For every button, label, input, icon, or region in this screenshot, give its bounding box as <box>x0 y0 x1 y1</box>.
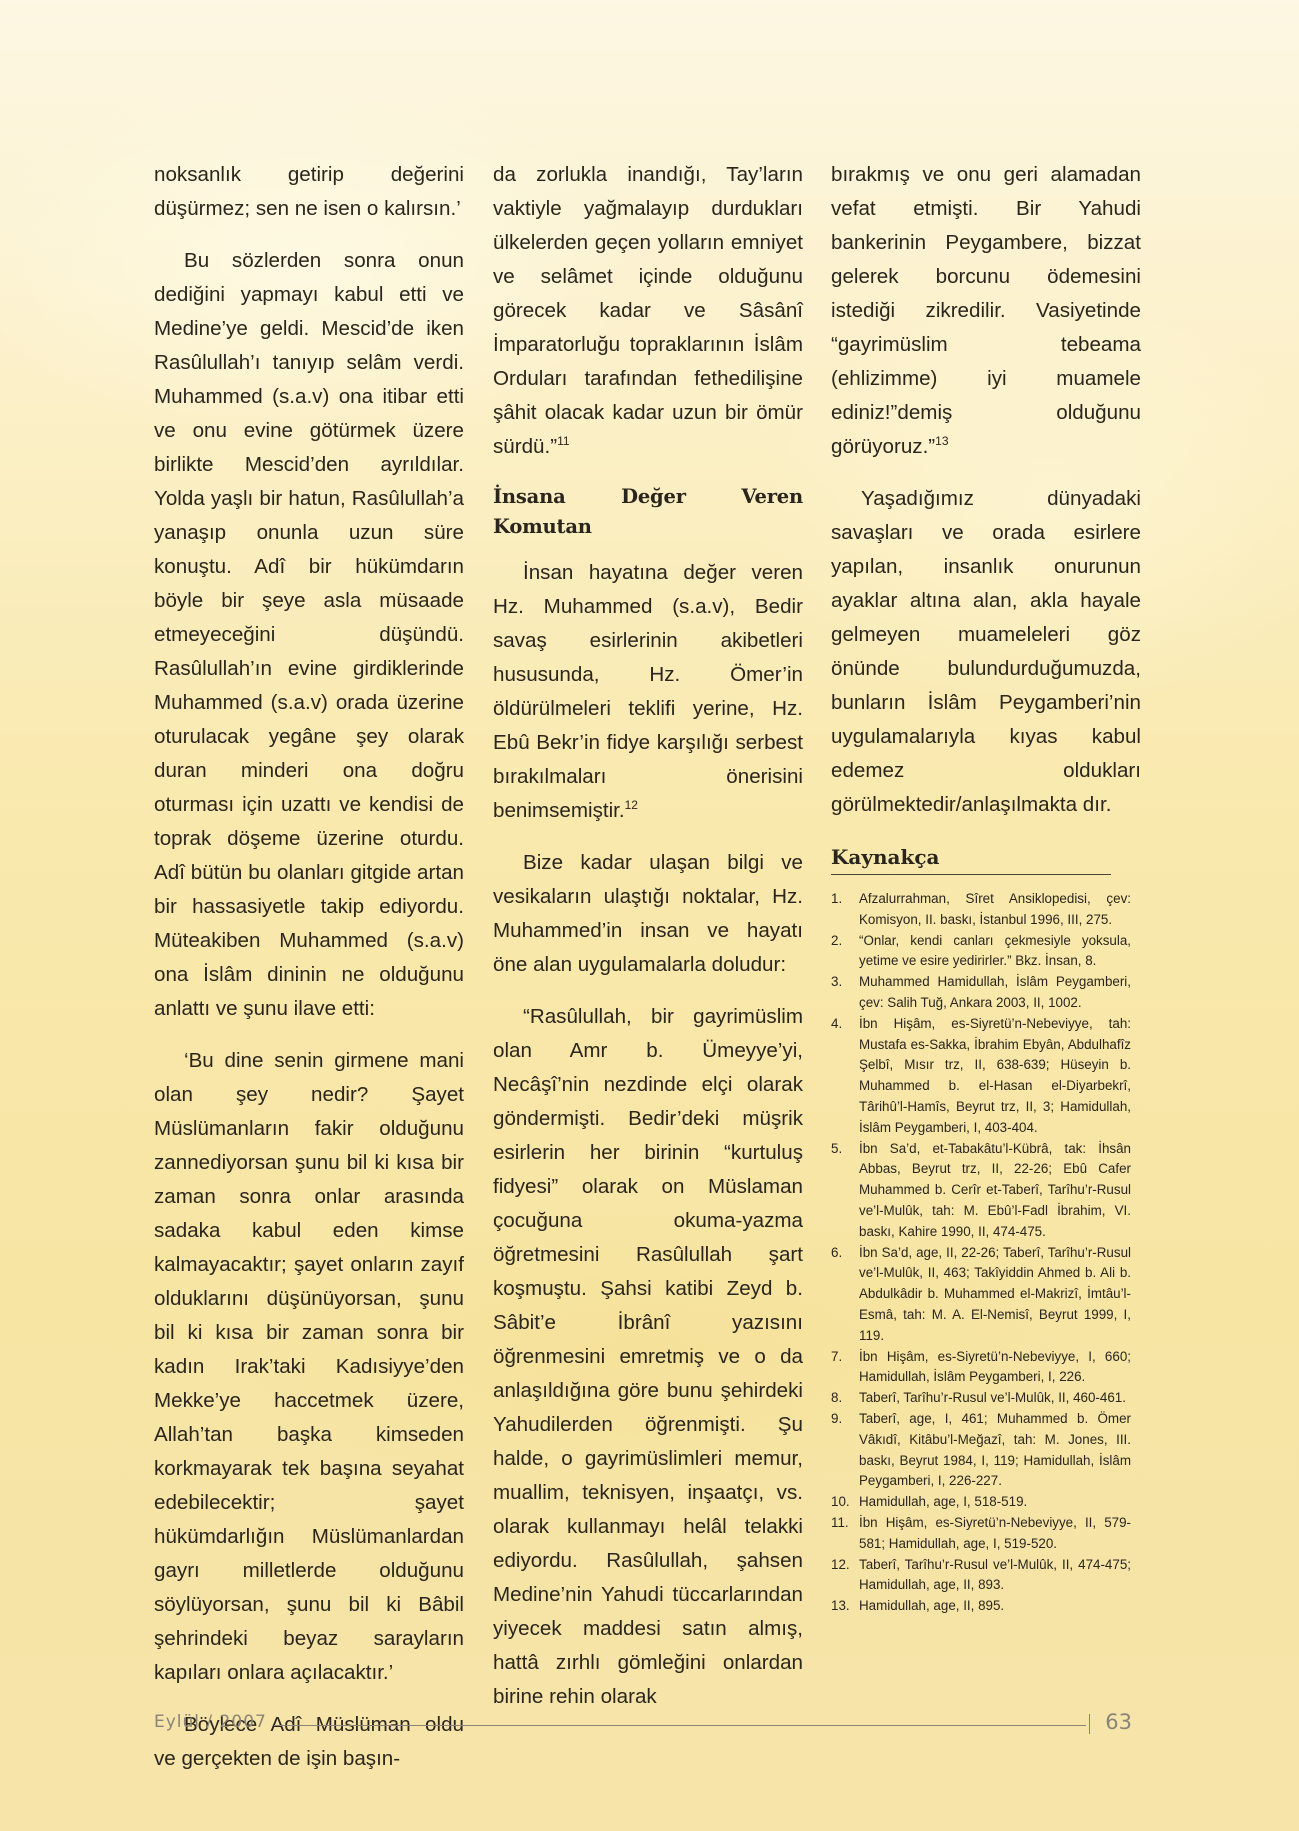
reference-item: 4.İbn Hişâm, es-Siyretü’n-Nebeviyye, tah… <box>831 1014 1131 1139</box>
reference-number: 13. <box>831 1596 859 1617</box>
paragraph-text: bırakmış ve onu geri alamadan vefat etmi… <box>831 163 1141 458</box>
reference-text: Taberî, Tarîhu’r-Rusul ve’l-Mulûk, II, 4… <box>859 1555 1131 1597</box>
paragraph: Bize kadar ulaşan bilgi ve vesikaların u… <box>493 846 803 982</box>
reference-number: 9. <box>831 1409 859 1492</box>
reference-text: Afzalurrahman, Sîret Ansiklopedisi, çev:… <box>859 889 1131 931</box>
quote-paragraph: “Rasûlullah, bir gayrimüslim olan Amr b.… <box>493 1000 803 1714</box>
paragraph: İnsan hayatına değer veren Hz. Muhammed … <box>493 556 803 828</box>
page-footer: Eylül / 2007 63 <box>154 1712 1154 1736</box>
text-column-1: noksanlık getirip değerini düşürmez; sen… <box>154 158 464 1794</box>
reference-text: Muhammed Hamidullah, İslâm Peygamberi, ç… <box>859 972 1131 1014</box>
reference-number: 4. <box>831 1014 859 1139</box>
footnote-ref: 12 <box>625 798 638 812</box>
reference-item: 9.Taberî, age, I, 461; Muhammed b. Ömer … <box>831 1409 1131 1492</box>
reference-number: 6. <box>831 1243 859 1347</box>
reference-text: Hamidullah, age, II, 895. <box>859 1596 1131 1617</box>
footnote-ref: 13 <box>935 434 948 448</box>
reference-item: 3.Muhammed Hamidullah, İslâm Peygamberi,… <box>831 972 1131 1014</box>
reference-number: 7. <box>831 1347 859 1389</box>
page-number: 63 <box>1105 1710 1132 1734</box>
reference-text: İbn Sa’d, age, II, 22-26; Taberî, Tarîhu… <box>859 1243 1131 1347</box>
quote-paragraph: ‘Bu dine senin girmene mani olan şey ned… <box>154 1044 464 1690</box>
reference-number: 1. <box>831 889 859 931</box>
paragraph: bırakmış ve onu geri alamadan vefat etmi… <box>831 158 1141 464</box>
reference-item: 12.Taberî, Tarîhu’r-Rusul ve’l-Mulûk, II… <box>831 1555 1131 1597</box>
reference-text: Taberî, Tarîhu’r-Rusul ve’l-Mulûk, II, 4… <box>859 1388 1131 1409</box>
paragraph-text: da zorlukla inandığı, Tay’ların vaktiyle… <box>493 163 803 458</box>
reference-text: İbn Sa’d, et-Tabakâtu’l-Kübrâ, tak: İhsâ… <box>859 1139 1131 1243</box>
reference-item: 6.İbn Sa’d, age, II, 22-26; Taberî, Tarî… <box>831 1243 1131 1347</box>
reference-item: 11.İbn Hişâm, es-Siyretü’n-Nebeviyye, II… <box>831 1513 1131 1555</box>
footnote-ref: 11 <box>557 434 569 448</box>
references-list: 1.Afzalurrahman, Sîret Ansiklopedisi, çe… <box>831 889 1131 1617</box>
reference-item: 13.Hamidullah, age, II, 895. <box>831 1596 1131 1617</box>
reference-text: İbn Hişâm, es-Siyretü’n-Nebeviyye, tah: … <box>859 1014 1131 1139</box>
reference-item: 1.Afzalurrahman, Sîret Ansiklopedisi, çe… <box>831 889 1131 931</box>
reference-text: İbn Hişâm, es-Siyretü’n-Nebeviyye, I, 66… <box>859 1347 1131 1389</box>
reference-item: 5.İbn Sa’d, et-Tabakâtu’l-Kübrâ, tak: İh… <box>831 1139 1131 1243</box>
reference-number: 11. <box>831 1513 859 1555</box>
reference-item: 7.İbn Hişâm, es-Siyretü’n-Nebeviyye, I, … <box>831 1347 1131 1389</box>
text-column-3: bırakmış ve onu geri alamadan vefat etmi… <box>831 158 1141 1617</box>
paragraph: noksanlık getirip değerini düşürmez; sen… <box>154 158 464 226</box>
reference-number: 10. <box>831 1492 859 1513</box>
reference-number: 8. <box>831 1388 859 1409</box>
reference-text: İbn Hişâm, es-Siyretü’n-Nebeviyye, II, 5… <box>859 1513 1131 1555</box>
reference-number: 3. <box>831 972 859 1014</box>
reference-item: 2.“Onlar, kendi canları çekmesiyle yoksu… <box>831 931 1131 973</box>
footer-divider <box>274 1725 1086 1726</box>
reference-text: Hamidullah, age, I, 518-519. <box>859 1492 1131 1513</box>
section-heading: İnsana Değer Veren Komutan <box>493 482 803 542</box>
text-column-2: da zorlukla inandığı, Tay’ların vaktiyle… <box>493 158 803 1732</box>
reference-number: 12. <box>831 1555 859 1597</box>
references-heading: Kaynakça <box>831 842 1111 875</box>
reference-item: 8.Taberî, Tarîhu’r-Rusul ve’l-Mulûk, II,… <box>831 1388 1131 1409</box>
reference-text: “Onlar, kendi canları çekmesiyle yoksula… <box>859 931 1131 973</box>
issue-date: Eylül / 2007 <box>154 1712 267 1732</box>
footer-tick-divider <box>1089 1714 1091 1734</box>
reference-text: Taberî, age, I, 461; Muhammed b. Ömer Vâ… <box>859 1409 1131 1492</box>
reference-item: 10.Hamidullah, age, I, 518-519. <box>831 1492 1131 1513</box>
paragraph-text: İnsan hayatına değer veren Hz. Muhammed … <box>493 561 803 822</box>
paragraph: da zorlukla inandığı, Tay’ların vaktiyle… <box>493 158 803 464</box>
paragraph: Yaşadığımız dünyadaki savaşları ve orada… <box>831 482 1141 822</box>
reference-number: 5. <box>831 1139 859 1243</box>
paragraph: Bu sözlerden sonra onun dediğini yapmayı… <box>154 244 464 1026</box>
reference-number: 2. <box>831 931 859 973</box>
